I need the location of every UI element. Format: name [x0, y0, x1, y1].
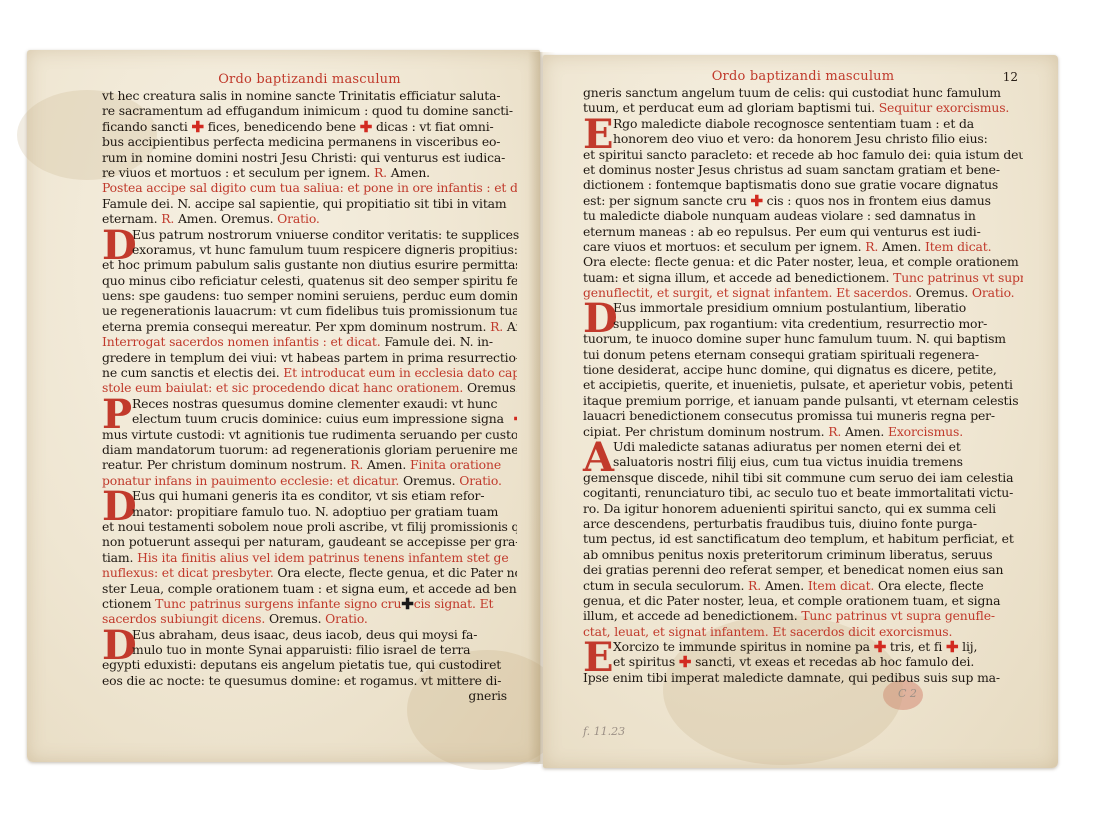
- line-text: egypti eduxisti: deputans eis angelum pi…: [102, 657, 501, 672]
- text-line: et hoc primum pabulum salis gustante non…: [102, 257, 517, 272]
- line-text: ficando sancti: [102, 119, 191, 134]
- text-line: Interrogat sacerdos nomen infantis : et …: [102, 334, 517, 349]
- line-text: dei gratias perenni deo referat semper, …: [583, 562, 1003, 577]
- text-line: eterna premia consequi mereatur. Per xpm…: [102, 319, 517, 334]
- line-text: cipiat. Per christum dominum nostrum.: [583, 424, 828, 439]
- right-page: 12 Ordo baptizandi masculum gneris sanct…: [543, 55, 1058, 768]
- line-text: tuum, et perducat eum ad gloriam baptism…: [583, 100, 879, 115]
- line-text: Amen.: [367, 457, 410, 472]
- text-line: ERgo maledicte diabole recognosce senten…: [583, 116, 1023, 131]
- line-text: honorem deo viuo et vero: da honorem Jes…: [613, 131, 988, 146]
- line-text: re sacramentum ad effugandum inimicum : …: [102, 103, 513, 118]
- line-text: tum pectus, id est sanctificatum deo tem…: [583, 531, 1014, 546]
- line-text: Eus abraham, deus isaac, deus iacob, deu…: [132, 627, 477, 642]
- text-line: ne cum sanctis et electis dei. Et introd…: [102, 365, 517, 380]
- right-text-block: Ordo baptizandi masculum gneris sanctum …: [583, 69, 1023, 685]
- line-text: dicas : vt fiat omni-: [372, 119, 493, 134]
- text-line: illum, et accede ad benedictionem. Tunc …: [583, 608, 1023, 623]
- line-text: Famule dei. N. accipe sal sapientie, qui…: [102, 196, 507, 211]
- line-text: arce descendens, perturbatis fraudibus t…: [583, 516, 977, 531]
- text-line: EXorcizo te immunde spiritus in nomine p…: [583, 639, 1023, 654]
- text-line: Famule dei. N. accipe sal sapientie, qui…: [102, 196, 517, 211]
- text-line: gneris sanctum angelum tuum de celis: qu…: [583, 85, 1023, 100]
- text-line: eternam. R. Amen. Oremus. Oratio.: [102, 211, 517, 226]
- rubric-text: Oratio.: [972, 285, 1015, 300]
- line-text: tui donum petens eternam consequi gratia…: [583, 347, 979, 362]
- red-cross-icon: ✚: [750, 195, 762, 207]
- text-line: honorem deo viuo et vero: da honorem Jes…: [583, 131, 1023, 146]
- line-text: Amen.: [882, 239, 925, 254]
- text-line: tiam. His ita finitis alius vel idem pat…: [102, 550, 517, 565]
- line-text: quo minus cibo reficiatur celesti, quate…: [102, 273, 517, 288]
- text-line: electum tuum crucis dominice: cuius eum …: [102, 411, 517, 426]
- rubric-text: Tunc patrinus vt supra: [893, 270, 1023, 285]
- red-cross-icon: ✚: [360, 121, 372, 133]
- marginalia-signature: C 2: [898, 687, 917, 700]
- rubric-text: His ita finitis alius vel idem patrinus …: [137, 550, 508, 565]
- text-line: quo minus cibo reficiatur celesti, quate…: [102, 273, 517, 288]
- text-line: eternum maneas : ab eo repulsus. Per eum…: [583, 224, 1023, 239]
- text-line: et accipietis, querite, et inuenietis, p…: [583, 377, 1023, 392]
- text-line: ab omnibus penitus noxis preteritorum cr…: [583, 547, 1023, 562]
- text-line: itaque premium porrige, et ianuam pande …: [583, 393, 1023, 408]
- line-text: non potuerunt assequi per naturam, gaude…: [102, 534, 517, 549]
- line-text: Amen.: [507, 319, 517, 334]
- line-text: supplicum, pax rogantium: vita credentiu…: [613, 316, 987, 331]
- response-mark: R.: [865, 239, 882, 254]
- response-mark: R.: [828, 424, 845, 439]
- line-text: Amen.: [765, 578, 808, 593]
- text-line: ctionem Tunc patrinus surgens infante si…: [102, 596, 517, 611]
- line-text: Famule dei. N. in-: [384, 334, 493, 349]
- text-line: exoramus, vt hunc famulum tuum respicere…: [102, 242, 517, 257]
- text-line: tui donum petens eternam consequi gratia…: [583, 347, 1023, 362]
- line-text: ab omnibus penitus noxis preteritorum cr…: [583, 547, 992, 562]
- text-line: eos die ac nocte: te quesumus domine: et…: [102, 673, 517, 688]
- text-line: cogitanti, renunciaturo tibi, ac seculo …: [583, 485, 1023, 500]
- line-text: Reces nostras quesumus domine clementer …: [132, 396, 497, 411]
- line-text: bus accipientibus perfecta medicina perm…: [102, 134, 500, 149]
- marginalia-shelfmark: f. 11.23: [583, 725, 625, 738]
- line-text: ctum in secula seculorum.: [583, 578, 748, 593]
- line-text: est: per signum sancte cru: [583, 193, 750, 208]
- text-line: gredere in templum dei viui: vt habeas p…: [102, 350, 517, 365]
- line-text: sancti, vt exeas et recedas ab hoc famul…: [691, 654, 974, 669]
- text-line: arce descendens, perturbatis fraudibus t…: [583, 516, 1023, 531]
- line-text: cogitanti, renunciaturo tibi, ac seculo …: [583, 485, 1013, 500]
- text-line: ctat, leuat, et signat infantem. Et sace…: [583, 624, 1023, 639]
- running-head: Ordo baptizandi masculum: [583, 69, 1023, 85]
- line-text: Eus patrum nostrorum vniuerse conditor v…: [132, 227, 519, 242]
- line-text: care viuos et mortuos: et seculum per ig…: [583, 239, 865, 254]
- line-text: Amen.: [391, 165, 430, 180]
- rubric-text: ponatur infans in pauimento ecclesie: et…: [102, 473, 403, 488]
- rubric-text: Tunc patrinus surgens infante signo cru: [155, 596, 401, 611]
- rubric-text: Tunc patrinus vt supra genufle-: [801, 608, 995, 623]
- text-line: ctum in secula seculorum. R. Amen. Item …: [583, 578, 1023, 593]
- text-line: Ora electe: flecte genua: et dic Pater n…: [583, 254, 1023, 269]
- line-text: illum, et accede ad benedictionem.: [583, 608, 801, 623]
- line-text: gneris sanctum angelum tuum de celis: qu…: [583, 85, 1001, 100]
- text-line: mus virtute custodi: vt agnitionis tue r…: [102, 427, 517, 442]
- right-text-lines: gneris sanctum angelum tuum de celis: qu…: [583, 85, 1023, 685]
- line-text: mulo tuo in monte Synai apparuisti: fili…: [132, 642, 470, 657]
- text-line: et spiritui sancto paracleto: et recede …: [583, 147, 1023, 162]
- rubric-text: Sequitur exorcismus.: [879, 100, 1010, 115]
- rubric-text: Item dicat.: [808, 578, 874, 593]
- text-line: rum in nomine domini nostri Jesu Christi…: [102, 150, 517, 165]
- line-text: vt hec creatura salis in nomine sancte T…: [102, 88, 500, 103]
- line-text: exoramus, vt hunc famulum tuum respicere…: [132, 242, 517, 257]
- line-text: tione desiderat, accipe hunc domine, qui…: [583, 362, 997, 377]
- text-line: ponatur infans in pauimento ecclesie: et…: [102, 473, 517, 488]
- text-line: ue regenerationis lauacrum: vt cum fidel…: [102, 303, 517, 318]
- line-text: ue regenerationis lauacrum: vt cum fidel…: [102, 303, 517, 318]
- text-line: reatur. Per christum dominum nostrum. R.…: [102, 457, 517, 472]
- text-line: supplicum, pax rogantium: vita credentiu…: [583, 316, 1023, 331]
- line-text: tu maledicte diabole nunquam audeas viol…: [583, 208, 976, 223]
- rubric-text: Oratio.: [325, 611, 368, 626]
- line-text: et dominus noster Jesus christus ad suam…: [583, 162, 1000, 177]
- response-mark: R.: [350, 457, 367, 472]
- response-mark: R.: [374, 165, 391, 180]
- running-head: Ordo baptizandi masculum: [102, 72, 517, 88]
- line-text: eos die ac nocte: te quesumus domine: et…: [102, 673, 501, 688]
- line-text: ne cum sanctis et electis dei.: [102, 365, 283, 380]
- line-text: mator: propitiare famulo tuo. N. adoptiu…: [132, 504, 498, 519]
- text-line: genuflectit, et surgit, et signat infant…: [583, 285, 1023, 300]
- rubric-text: cis signat. Et: [414, 596, 494, 611]
- rubric-text: Et introducat eum in ecclesia dato capit…: [283, 365, 517, 380]
- text-line: bus accipientibus perfecta medicina perm…: [102, 134, 517, 149]
- text-line: ficando sancti ✚ fices, benedicendo bene…: [102, 119, 517, 134]
- text-line: re viuos et mortuos : et seculum per ign…: [102, 165, 517, 180]
- line-text: cis : quos nos in frontem eius damus: [763, 193, 991, 208]
- left-text-lines: vt hec creatura salis in nomine sancte T…: [102, 88, 517, 688]
- line-text: fices, benedicendo bene: [204, 119, 360, 134]
- text-line: care viuos et mortuos: et seculum per ig…: [583, 239, 1023, 254]
- text-line: cipiat. Per christum dominum nostrum. R.…: [583, 424, 1023, 439]
- rubric-text: Finita oratione: [410, 457, 501, 472]
- rubric-text: genuflectit, et surgit, et signat infant…: [583, 285, 916, 300]
- line-text: Oremus.: [916, 285, 972, 300]
- line-text: ctionem: [102, 596, 155, 611]
- text-line: est: per signum sancte cru ✚ cis : quos …: [583, 193, 1023, 208]
- line-text: dictionem : fontemque baptismatis dono s…: [583, 177, 998, 192]
- rubric-text: Interrogat sacerdos nomen infantis : et …: [102, 334, 384, 349]
- line-text: lauacri benedictionem consecutus promiss…: [583, 408, 995, 423]
- left-page: Ordo baptizandi masculum vt hec creatura…: [27, 50, 540, 762]
- text-line: dictionem : fontemque baptismatis dono s…: [583, 177, 1023, 192]
- line-text: et spiritui sancto paracleto: et recede …: [583, 147, 1023, 162]
- line-text: Eus immortale presidium omnium postulant…: [613, 300, 966, 315]
- black-cross-icon: ✚: [401, 598, 413, 610]
- text-line: tuum, et perducat eum ad gloriam baptism…: [583, 100, 1023, 115]
- rubric-text: Item dicat.: [925, 239, 991, 254]
- text-line: gemensque discede, nihil tibi sit commun…: [583, 470, 1023, 485]
- text-line: DEus qui humani generis ita es conditor,…: [102, 488, 517, 503]
- line-text: electum tuum crucis dominice: cuius eum …: [132, 411, 508, 426]
- line-text: ro. Da igitur honorem aduenienti spiritu…: [583, 501, 996, 516]
- catchword: gneris: [102, 688, 517, 703]
- text-line: DEus immortale presidium omnium postulan…: [583, 300, 1023, 315]
- line-text: tuam: et signa illum, et accede ad bened…: [583, 270, 893, 285]
- line-text: Xorcizo te immunde spiritus in nomine pa: [613, 639, 874, 654]
- line-text: itaque premium porrige, et ianuam pande …: [583, 393, 1018, 408]
- line-text: Ora electe, flecte: [874, 578, 983, 593]
- text-line: egypti eduxisti: deputans eis angelum pi…: [102, 657, 517, 672]
- text-line: DEus abraham, deus isaac, deus iacob, de…: [102, 627, 517, 642]
- line-text: uens: spe gaudens: tuo semper nomini ser…: [102, 288, 517, 303]
- text-line: nuflexus: et dicat presbyter. Ora electe…: [102, 565, 517, 580]
- line-text: lij,: [958, 639, 977, 654]
- line-text: Amen. Oremus.: [178, 211, 277, 226]
- text-line: saluatoris nostri filij eius, cum tua vi…: [583, 454, 1023, 469]
- text-line: et noui testamenti sobolem noue proli as…: [102, 519, 517, 534]
- red-cross-icon: ✚: [679, 656, 691, 668]
- rubric-text: nuflexus: et dicat presbyter.: [102, 565, 277, 580]
- rubric-text: Oratio.: [459, 473, 502, 488]
- line-text: Oremus.: [467, 380, 517, 395]
- line-text: Ora electe: flecte genua: et dic Pater n…: [583, 254, 1019, 269]
- text-line: diam mandatorum tuorum: ad regenerationi…: [102, 442, 517, 457]
- text-line: sacerdos subiungit dicens. Oremus. Orati…: [102, 611, 517, 626]
- text-line: et spiritus ✚ sancti, vt exeas et receda…: [583, 654, 1023, 669]
- line-text: tris, et fi: [886, 639, 946, 654]
- text-line: tum pectus, id est sanctificatum deo tem…: [583, 531, 1023, 546]
- rubric-text: Postea accipe sal digito cum tua saliua:…: [102, 180, 517, 195]
- line-text: gemensque discede, nihil tibi sit commun…: [583, 470, 1013, 485]
- text-line: tuorum, te inuoco domine super hunc famu…: [583, 331, 1023, 346]
- line-text: mus virtute custodi: vt agnitionis tue r…: [102, 427, 517, 442]
- line-text: tuorum, te inuoco domine super hunc famu…: [583, 331, 1006, 346]
- left-text-block: Ordo baptizandi masculum vt hec creatura…: [102, 72, 517, 704]
- line-text: et accipietis, querite, et inuenietis, p…: [583, 377, 1013, 392]
- text-line: lauacri benedictionem consecutus promiss…: [583, 408, 1023, 423]
- rubric-text: stole eum baiulat: et sic procedendo dic…: [102, 380, 467, 395]
- text-line: et dominus noster Jesus christus ad suam…: [583, 162, 1023, 177]
- text-line: genua, et dic Pater noster, leua, et com…: [583, 593, 1023, 608]
- line-text: Oremus.: [403, 473, 459, 488]
- line-text: ster Leua, comple orationem tuam : et si…: [102, 581, 517, 596]
- line-text: et noui testamenti sobolem noue proli as…: [102, 519, 517, 534]
- red-cross-icon: ✚: [191, 121, 203, 133]
- response-mark: R.: [748, 578, 765, 593]
- line-text: Eus qui humani generis ita es conditor, …: [132, 488, 484, 503]
- text-line: mulo tuo in monte Synai apparuisti: fili…: [102, 642, 517, 657]
- text-line: dei gratias perenni deo referat semper, …: [583, 562, 1023, 577]
- line-text: tiam.: [102, 550, 137, 565]
- line-text: Oremus.: [269, 611, 325, 626]
- text-line: AUdi maledicte satanas adiuratus per nom…: [583, 439, 1023, 454]
- text-line: mator: propitiare famulo tuo. N. adoptiu…: [102, 504, 517, 519]
- rubric-text: Exorcismus.: [888, 424, 963, 439]
- text-line: tuam: et signa illum, et accede ad bened…: [583, 270, 1023, 285]
- line-text: Amen.: [845, 424, 888, 439]
- line-text: genua, et dic Pater noster, leua, et com…: [583, 593, 1000, 608]
- line-text: re viuos et mortuos : et seculum per ign…: [102, 165, 374, 180]
- response-mark: R.: [161, 211, 178, 226]
- text-line: non potuerunt assequi per naturam, gaude…: [102, 534, 517, 549]
- line-text: diam mandatorum tuorum: ad regenerationi…: [102, 442, 517, 457]
- line-text: gredere in templum dei viui: vt habeas p…: [102, 350, 517, 365]
- line-text: et spiritus: [613, 654, 679, 669]
- text-line: Postea accipe sal digito cum tua saliua:…: [102, 180, 517, 195]
- text-line: tu maledicte diabole nunquam audeas viol…: [583, 208, 1023, 223]
- rubric-text: ctat, leuat, et signat infantem. Et sace…: [583, 624, 952, 639]
- line-text: Rgo maledicte diabole recognosce sentent…: [613, 116, 974, 131]
- red-cross-icon: ✚: [514, 413, 517, 425]
- red-cross-icon: ✚: [946, 641, 958, 653]
- response-mark: R.: [490, 319, 507, 334]
- line-text: eternum maneas : ab eo repulsus. Per eum…: [583, 224, 981, 239]
- line-text: reatur. Per christum dominum nostrum.: [102, 457, 350, 472]
- text-line: stole eum baiulat: et sic procedendo dic…: [102, 380, 517, 395]
- line-text: Ipse enim tibi imperat maledicte damnate…: [583, 670, 1000, 685]
- rubric-text: Oratio.: [277, 211, 320, 226]
- line-text: rum in nomine domini nostri Jesu Christi…: [102, 150, 505, 165]
- text-line: ro. Da igitur honorem aduenienti spiritu…: [583, 501, 1023, 516]
- line-text: Udi maledicte satanas adiuratus per nome…: [613, 439, 961, 454]
- text-line: re sacramentum ad effugandum inimicum : …: [102, 103, 517, 118]
- line-text: eterna premia consequi mereatur. Per xpm…: [102, 319, 490, 334]
- line-text: Ora electe, flecte genua, et dic Pater n…: [277, 565, 517, 580]
- text-line: PReces nostras quesumus domine clementer…: [102, 396, 517, 411]
- line-text: saluatoris nostri filij eius, cum tua vi…: [613, 454, 963, 469]
- text-line: uens: spe gaudens: tuo semper nomini ser…: [102, 288, 517, 303]
- text-line: Ipse enim tibi imperat maledicte damnate…: [583, 670, 1023, 685]
- text-line: tione desiderat, accipe hunc domine, qui…: [583, 362, 1023, 377]
- text-line: vt hec creatura salis in nomine sancte T…: [102, 88, 517, 103]
- line-text: et hoc primum pabulum salis gustante non…: [102, 257, 517, 272]
- text-line: ster Leua, comple orationem tuam : et si…: [102, 581, 517, 596]
- text-line: DEus patrum nostrorum vniuerse conditor …: [102, 227, 517, 242]
- red-cross-icon: ✚: [874, 641, 886, 653]
